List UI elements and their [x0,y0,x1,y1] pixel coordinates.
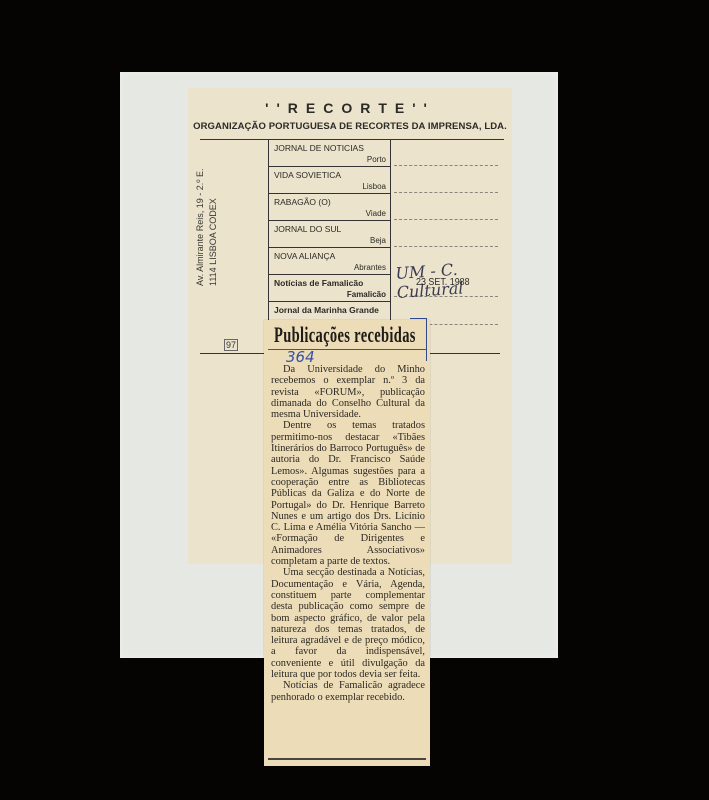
publication-row: Jornal da Marinha Grande [268,301,390,319]
publication-city: Lisboa [362,182,386,191]
divider [200,353,268,354]
publication-name: RABAGÃO (O) [274,197,331,207]
dashed-line [394,219,498,220]
clipping-title: Publicações recebidas [274,322,416,348]
organization-name: ORGANIZAÇÃO PORTUGUESA DE RECORTES DA IM… [188,121,512,132]
publication-row: VIDA SOVIETICA Lisboa [268,166,390,194]
publication-row: RABAGÃO (O) Viade [268,193,390,221]
publication-city: Beja [370,236,386,245]
paragraph: Dentre os temas tratados permitimo-nos d… [271,420,425,567]
publication-city: Viade [366,209,386,218]
clipping-body: Da Universidade do Minho recebemos o exe… [271,364,425,703]
address-line: Av. Almirante Reis, 19 - 2.º E. [194,136,207,286]
publication-row: JORNAL DE NOTICIAS Porto [268,139,390,167]
publication-city: Famalicão [347,290,386,299]
publication-name: JORNAL DO SUL [274,224,341,234]
publication-city: Abrantes [354,263,386,272]
paragraph: Uma secção destinada a Notícias, Documen… [271,567,425,680]
address-block: Av. Almirante Reis, 19 - 2.º E. 1114 LIS… [194,136,220,286]
address-line: 1114 LISBOA CODEX [207,136,220,286]
dashed-line [394,246,498,247]
publication-name: Jornal da Marinha Grande [274,305,379,315]
publication-row: JORNAL DO SUL Beja [268,220,390,248]
paragraph: Notícias de Famalicão agradece penhorado… [271,680,425,703]
dashed-line [394,165,498,166]
newspaper-clipping: Publicações recebidas 364 Da Universidad… [264,320,430,766]
publication-row: Notícias de Famalicão Famalicão [268,274,390,302]
dashed-line [394,192,498,193]
publication-name: VIDA SOVIETICA [274,170,341,180]
divider [268,758,426,760]
pen-bracket-mark [410,318,427,361]
publication-name: JORNAL DE NOTICIAS [274,143,364,153]
publication-city: Porto [367,155,386,164]
divider [426,353,500,354]
date-stamp: 23 SET. 1988 [416,276,470,288]
page-number: 97 [224,339,238,351]
paragraph: Da Universidade do Minho recebemos o exe… [271,364,425,420]
publication-name: Notícias de Famalicão [274,278,363,288]
brand-title: ''RECORTE'' [188,100,512,116]
publication-name: NOVA ALIANÇA [274,251,335,261]
publication-row: NOVA ALIANÇA Abrantes [268,247,390,275]
